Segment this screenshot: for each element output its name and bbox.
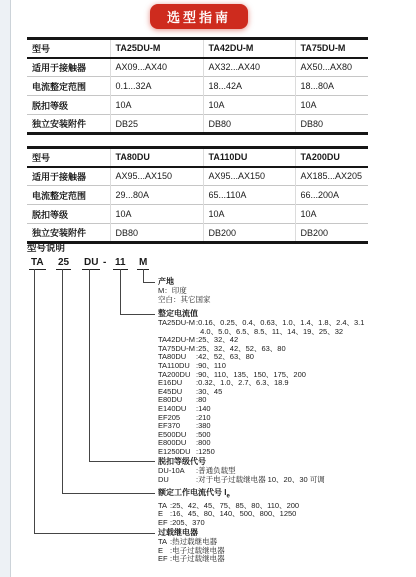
series-name: EF <box>158 555 170 564</box>
list-item: EF:205、370 <box>158 519 412 528</box>
column-header: TA75DU-M <box>295 39 368 58</box>
connector-line-11 <box>120 269 121 314</box>
connector-line-ta <box>34 269 35 533</box>
column-header: TA42DU-M <box>203 39 295 58</box>
origin-block: 产地 M：印度 空白：其它国家 <box>158 277 412 304</box>
cell: 10A <box>110 96 203 115</box>
cell: DB80 <box>295 115 368 134</box>
connector-line-du <box>89 461 155 462</box>
row-label: 脱扣等级 <box>27 205 110 224</box>
connector-line-du <box>89 269 90 461</box>
model-name: E1250DU <box>158 448 196 457</box>
connector-line-m <box>143 282 155 283</box>
column-header: 型号 <box>27 39 110 58</box>
code-part-ta: TA <box>29 257 46 270</box>
cell: AX95...AX150 <box>203 167 295 186</box>
model-explanation-title: 型号说明 <box>27 240 65 254</box>
table-row: 独立安装附件 DB25 DB80 DB80 <box>27 115 368 134</box>
cell: 10A <box>203 96 295 115</box>
cell: DB25 <box>110 115 203 134</box>
origin-line: 空白：其它国家 <box>158 296 412 305</box>
cell: AX185...AX205 <box>295 167 368 186</box>
list-item: E1250DU:1250 <box>158 448 412 457</box>
trip-class-block: 脱扣等级代号 DU-10A:普通负载型 DU:对于电子过载继电器 10、20、3… <box>158 457 412 484</box>
column-header: TA200DU <box>295 148 368 167</box>
cell: AX32...AX40 <box>203 58 295 77</box>
connector-line-ta <box>34 533 155 534</box>
table-row: 适用于接触器 AX95...AX150 AX95...AX150 AX185..… <box>27 167 368 186</box>
code-part-dash: - <box>103 257 106 268</box>
row-label: 独立安装附件 <box>27 115 110 134</box>
cell: AX95...AX150 <box>110 167 203 186</box>
origin-title: 产地 <box>158 277 412 287</box>
code-desc: :对于电子过载继电器 10、20、30 可调 <box>196 476 325 485</box>
cell: 18...42A <box>203 77 295 96</box>
row-label: 电流整定范围 <box>27 77 110 96</box>
spec-table-1: 型号 TA25DU-M TA42DU-M TA75DU-M 适用于接触器 AX0… <box>27 37 368 135</box>
rated-current-title: 额定工作电流代号 Ie <box>158 488 412 502</box>
section-badge: 选型指南 <box>150 4 248 29</box>
table-row: 电流整定范围 0.1...32A 18...42A 18...80A <box>27 77 368 96</box>
cell: AX09...AX40 <box>110 58 203 77</box>
code-part-25: 25 <box>56 257 71 270</box>
table-header-row: 型号 TA80DU TA110DU TA200DU <box>27 148 368 167</box>
model-values: :1250 <box>196 448 215 457</box>
row-label: 脱扣等级 <box>27 96 110 115</box>
series-desc: :电子过载继电器 <box>170 555 225 564</box>
list-item: TA25DU-M:0.16、0.25、0.4、0.63、1.0、1.4、1.8、… <box>158 319 412 336</box>
row-label: 适用于接触器 <box>27 58 110 77</box>
cell: 10A <box>203 205 295 224</box>
model-values: :0.16、0.25、0.4、0.63、1.0、1.4、1.8、2.4、3.1 … <box>196 319 364 336</box>
table-row: 独立安装附件 DB80 DB200 DB200 <box>27 224 368 243</box>
table-row: 适用于接触器 AX09...AX40 AX32...AX40 AX50...AX… <box>27 58 368 77</box>
code-part-du: DU <box>82 257 100 270</box>
column-header: TA25DU-M <box>110 39 203 58</box>
table-row: 脱扣等级 10A 10A 10A <box>27 205 368 224</box>
cell: AX50...AX80 <box>295 58 368 77</box>
code-name: DU <box>158 476 196 485</box>
column-header: TA110DU <box>203 148 295 167</box>
cell: 29...80A <box>110 186 203 205</box>
cell: 66...200A <box>295 186 368 205</box>
relay-type-block: 过载继电器 TA:热过载继电器 E:电子过载继电器 EF:电子过载继电器 <box>158 528 412 564</box>
row-label: 电流整定范围 <box>27 186 110 205</box>
cell: DB80 <box>203 115 295 134</box>
connector-line-m <box>143 269 144 282</box>
cell: DB80 <box>110 224 203 243</box>
cell: 10A <box>295 205 368 224</box>
row-label: 适用于接触器 <box>27 167 110 186</box>
model-code-diagram: TA 25 DU - 11 M 产地 M：印度 空白：其它国家 整定电流值 TA… <box>0 255 416 577</box>
model-name: TA25DU-M <box>158 319 196 336</box>
column-header: TA80DU <box>110 148 203 167</box>
cell: 10A <box>110 205 203 224</box>
list-item: EF:电子过载继电器 <box>158 555 412 564</box>
connector-line-25 <box>62 269 63 493</box>
table-row: 脱扣等级 10A 10A 10A <box>27 96 368 115</box>
series-name: EF <box>158 519 170 528</box>
series-values: :205、370 <box>170 519 205 528</box>
rated-current-block: 额定工作电流代号 Ie TA:25、42、45、75、85、80、110、200… <box>158 488 412 527</box>
catalog-page: 选型指南 型号 TA25DU-M TA42DU-M TA75DU-M 适用于接触… <box>0 0 416 577</box>
setting-current-block: 整定电流值 TA25DU-M:0.16、0.25、0.4、0.63、1.0、1.… <box>158 309 412 457</box>
cell: DB200 <box>203 224 295 243</box>
column-header: 型号 <box>27 148 110 167</box>
connector-line-25 <box>62 493 155 494</box>
cell: 18...80A <box>295 77 368 96</box>
table-header-row: 型号 TA25DU-M TA42DU-M TA75DU-M <box>27 39 368 58</box>
spec-table-2: 型号 TA80DU TA110DU TA200DU 适用于接触器 AX95...… <box>27 146 368 244</box>
cell: DB200 <box>295 224 368 243</box>
connector-line-11 <box>120 314 155 315</box>
cell: 10A <box>295 96 368 115</box>
cell: 65...110A <box>203 186 295 205</box>
cell: 0.1...32A <box>110 77 203 96</box>
list-item: DU:对于电子过载继电器 10、20、30 可调 <box>158 476 412 485</box>
table-row: 电流整定范围 29...80A 65...110A 66...200A <box>27 186 368 205</box>
subscript-e: e <box>226 494 229 500</box>
